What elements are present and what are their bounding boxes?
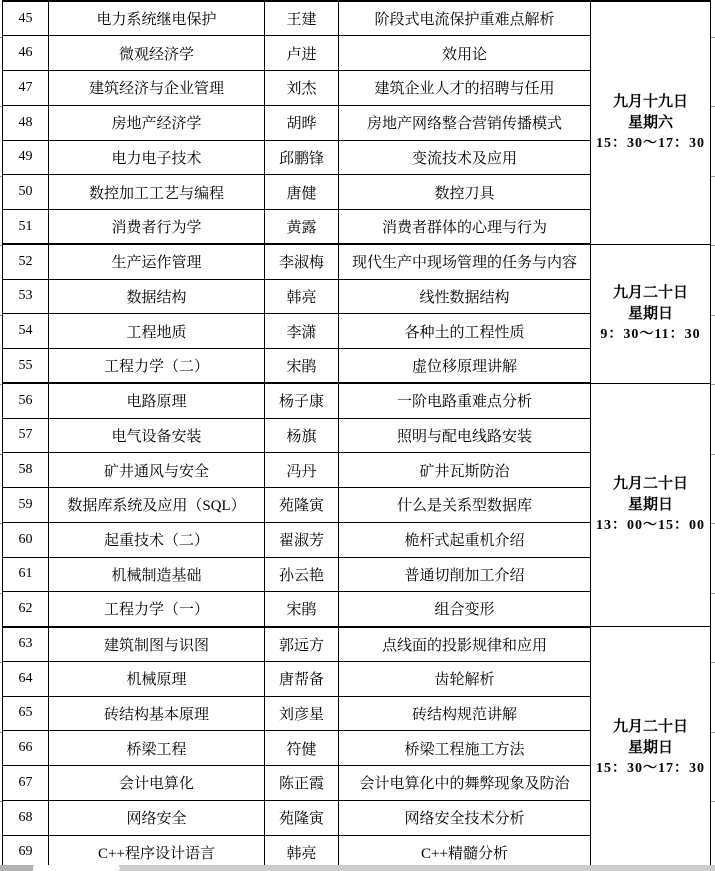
schedule-time: 15：30～17：30: [591, 759, 710, 779]
course-name-cell: 消费者行为学: [49, 210, 265, 245]
row-number-cell: 66: [3, 731, 49, 766]
course-name-cell: 数控加工工艺与编程: [49, 175, 265, 210]
topic-cell: 矿井瓦斯防治: [339, 453, 591, 488]
spreadsheet-viewport: 45电力系统继电保护王建阶段式电流保护重难点解析九月十九日星期六15：30～17…: [0, 0, 715, 871]
topic-cell: 建筑企业人才的招聘与任用: [339, 71, 591, 106]
topic-cell: 桥梁工程施工方法: [339, 731, 591, 766]
gridline-stub: [0, 37, 2, 38]
gridline-stub: [0, 315, 2, 316]
row-number-cell: 62: [3, 592, 49, 627]
row-number-cell: 50: [3, 175, 49, 210]
topic-cell: 阶段式电流保护重难点解析: [339, 1, 591, 36]
course-name-cell: 电力电子技术: [49, 140, 265, 175]
course-name-cell: 工程力学（二）: [49, 349, 265, 384]
gridline-stub: [711, 315, 715, 316]
gridline-stub: [0, 732, 2, 733]
topic-cell: 组合变形: [339, 592, 591, 627]
gridline-stub: [711, 662, 715, 663]
topic-cell: 消费者群体的心理与行为: [339, 210, 591, 245]
row-number-cell: 54: [3, 314, 49, 349]
course-name-cell: 工程力学（一）: [49, 592, 265, 627]
row-number-cell: 48: [3, 105, 49, 140]
course-name-cell: 微观经济学: [49, 36, 265, 71]
row-number-cell: 67: [3, 766, 49, 801]
teacher-name-cell: 翟淑芳: [265, 522, 339, 557]
course-name-cell: 生产运作管理: [49, 244, 265, 279]
horizontal-scrollbar[interactable]: [0, 865, 715, 871]
gridline-stub: [711, 732, 715, 733]
course-name-cell: 电力系统继电保护: [49, 1, 265, 36]
teacher-name-cell: 卢进: [265, 36, 339, 71]
course-name-cell: 机械制造基础: [49, 557, 265, 592]
course-name-cell: 房地产经济学: [49, 105, 265, 140]
course-name-cell: 电路原理: [49, 383, 265, 418]
teacher-name-cell: 唐帮备: [265, 661, 339, 696]
row-number-cell: 68: [3, 800, 49, 835]
course-name-cell: 网络安全: [49, 800, 265, 835]
row-number-cell: 57: [3, 418, 49, 453]
schedule-time: 13：00～15：00: [591, 516, 710, 536]
row-number-cell: 60: [3, 522, 49, 557]
course-name-cell: 电气设备安装: [49, 418, 265, 453]
row-number-cell: 58: [3, 453, 49, 488]
schedule-date: 九月二十日: [591, 717, 710, 738]
table-row: 52生产运作管理李淑梅现代生产中现场管理的任务与内容九月二十日星期日9：30～1…: [3, 244, 711, 279]
course-name-cell: 矿井通风与安全: [49, 453, 265, 488]
course-name-cell: 机械原理: [49, 661, 265, 696]
teacher-name-cell: 杨子康: [265, 383, 339, 418]
gridline-stub: [0, 593, 2, 594]
teacher-name-cell: 陈正霞: [265, 766, 339, 801]
schedule-date: 九月二十日: [591, 283, 710, 304]
gridline-stub: [0, 245, 2, 246]
row-number-cell: 46: [3, 36, 49, 71]
teacher-name-cell: 唐健: [265, 175, 339, 210]
gridline-stub: [0, 801, 2, 802]
teacher-name-cell: 符健: [265, 731, 339, 766]
teacher-name-cell: 冯丹: [265, 453, 339, 488]
gridline-stub: [0, 384, 2, 385]
gridline-stub: [711, 593, 715, 594]
gridline-stub: [0, 106, 2, 107]
teacher-name-cell: 孙云艳: [265, 557, 339, 592]
topic-cell: 砖结构规范讲解: [339, 696, 591, 731]
topic-cell: 变流技术及应用: [339, 140, 591, 175]
gridline-stub: [711, 176, 715, 177]
topic-cell: 各种土的工程性质: [339, 314, 591, 349]
schedule-cell: 九月二十日星期日9：30～11：30: [591, 244, 711, 383]
course-name-cell: 桥梁工程: [49, 731, 265, 766]
topic-cell: 虚位移原理讲解: [339, 349, 591, 384]
row-number-cell: 52: [3, 244, 49, 279]
teacher-name-cell: 苑隆寅: [265, 800, 339, 835]
teacher-name-cell: 刘杰: [265, 71, 339, 106]
topic-cell: 线性数据结构: [339, 279, 591, 314]
teacher-name-cell: 宋鹃: [265, 592, 339, 627]
gridline-stub: [711, 384, 715, 385]
gridline-stub: [0, 523, 2, 524]
topic-cell: 桅杆式起重机介绍: [339, 522, 591, 557]
row-number-cell: 56: [3, 383, 49, 418]
teacher-name-cell: 杨旗: [265, 418, 339, 453]
teacher-name-cell: 王建: [265, 1, 339, 36]
gridline-stub: [711, 454, 715, 455]
schedule-time: 15：30～17：30: [591, 134, 710, 154]
gridline-stub: [0, 662, 2, 663]
teacher-name-cell: 胡晔: [265, 105, 339, 140]
row-number-cell: 65: [3, 696, 49, 731]
topic-cell: 普通切削加工介绍: [339, 557, 591, 592]
teacher-name-cell: 黄露: [265, 210, 339, 245]
schedule-weekday: 星期日: [591, 495, 710, 516]
table-row: 63建筑制图与识图郭远方点线面的投影规律和应用九月二十日星期日15：30～17：…: [3, 627, 711, 662]
topic-cell: 现代生产中现场管理的任务与内容: [339, 244, 591, 279]
teacher-name-cell: 苑隆寅: [265, 488, 339, 523]
teacher-name-cell: 刘彦星: [265, 696, 339, 731]
row-number-cell: 59: [3, 488, 49, 523]
table-row: 56电路原理杨子康一阶电路重难点分析九月二十日星期日13：00～15：00: [3, 383, 711, 418]
topic-cell: 齿轮解析: [339, 661, 591, 696]
course-name-cell: 会计电算化: [49, 766, 265, 801]
gridline-stub: [711, 245, 715, 246]
table-row: 45电力系统继电保护王建阶段式电流保护重难点解析九月十九日星期六15：30～17…: [3, 1, 711, 36]
course-name-cell: 数据结构: [49, 279, 265, 314]
row-number-cell: 45: [3, 1, 49, 36]
gridline-stub: [711, 106, 715, 107]
schedule-cell: 九月二十日星期日15：30～17：30: [591, 627, 711, 870]
teacher-name-cell: 韩亮: [265, 279, 339, 314]
gridline-stub: [711, 37, 715, 38]
schedule-weekday: 星期日: [591, 304, 710, 325]
topic-cell: 网络安全技术分析: [339, 800, 591, 835]
row-number-cell: 55: [3, 349, 49, 384]
teacher-name-cell: 宋鹃: [265, 349, 339, 384]
gridline-stub: [711, 801, 715, 802]
topic-cell: 会计电算化中的舞弊现象及防治: [339, 766, 591, 801]
course-name-cell: 起重技术（二）: [49, 522, 265, 557]
teacher-name-cell: 李淑梅: [265, 244, 339, 279]
teacher-name-cell: 李潇: [265, 314, 339, 349]
scrollbar-thumb[interactable]: [33, 865, 120, 871]
gridline-stub: [0, 176, 2, 177]
topic-cell: 数控刀具: [339, 175, 591, 210]
course-name-cell: 建筑经济与企业管理: [49, 71, 265, 106]
scrollbar-left-cap: [0, 865, 33, 871]
topic-cell: 点线面的投影规律和应用: [339, 627, 591, 662]
schedule-cell: 九月十九日星期六15：30～17：30: [591, 1, 711, 244]
row-number-cell: 53: [3, 279, 49, 314]
row-number-cell: 63: [3, 627, 49, 662]
row-number-cell: 47: [3, 71, 49, 106]
course-name-cell: 砖结构基本原理: [49, 696, 265, 731]
topic-cell: 房地产网络整合营销传播模式: [339, 105, 591, 140]
gridline-stub: [711, 523, 715, 524]
schedule-date: 九月十九日: [591, 92, 710, 113]
schedule-cell: 九月二十日星期日13：00～15：00: [591, 383, 711, 626]
schedule-time: 9：30～11：30: [591, 325, 710, 345]
topic-cell: 一阶电路重难点分析: [339, 383, 591, 418]
row-number-cell: 61: [3, 557, 49, 592]
row-number-cell: 64: [3, 661, 49, 696]
topic-cell: 效用论: [339, 36, 591, 71]
row-number-cell: 49: [3, 140, 49, 175]
course-schedule-table: 45电力系统继电保护王建阶段式电流保护重难点解析九月十九日星期六15：30～17…: [2, 0, 711, 871]
gridline-stub: [0, 454, 2, 455]
teacher-name-cell: 郭远方: [265, 627, 339, 662]
row-number-cell: 51: [3, 210, 49, 245]
course-name-cell: 工程地质: [49, 314, 265, 349]
course-name-cell: 建筑制图与识图: [49, 627, 265, 662]
schedule-weekday: 星期六: [591, 113, 710, 134]
schedule-date: 九月二十日: [591, 474, 710, 495]
topic-cell: 什么是关系型数据库: [339, 488, 591, 523]
topic-cell: 照明与配电线路安装: [339, 418, 591, 453]
course-name-cell: 数据库系统及应用（SQL）: [49, 488, 265, 523]
schedule-weekday: 星期日: [591, 738, 710, 759]
teacher-name-cell: 邱鹏锋: [265, 140, 339, 175]
